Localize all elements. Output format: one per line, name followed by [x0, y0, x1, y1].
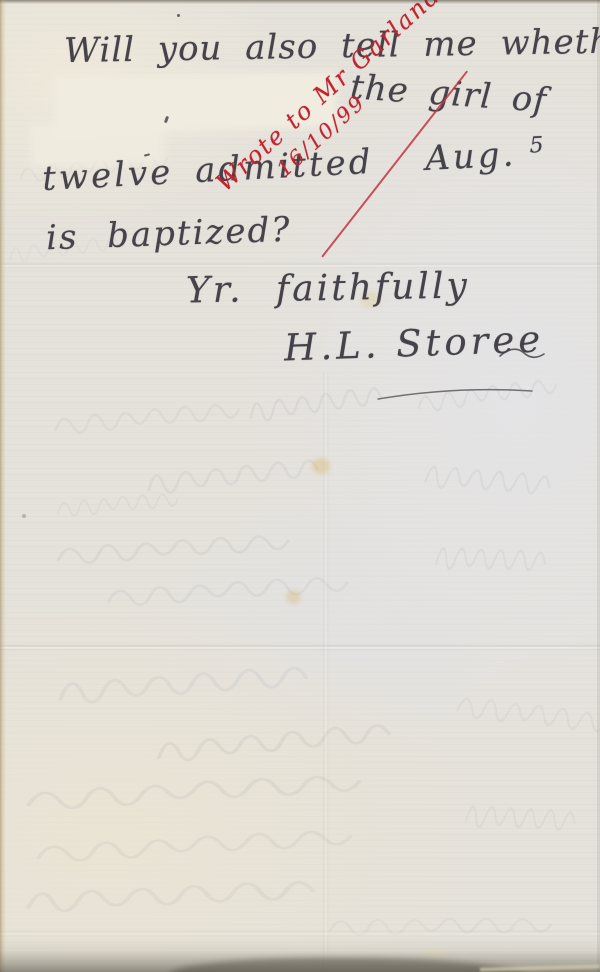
ink-speck: [177, 14, 180, 17]
paper-stain: [312, 458, 330, 474]
page-top-edge: [0, 0, 600, 4]
letter-line-4: is baptized?: [45, 210, 292, 259]
signature-flourish: [498, 340, 546, 366]
fold-crease-horizontal-2: [0, 644, 600, 651]
superscript-day: 5: [529, 133, 544, 159]
letter-scan-page: Will you also tell me whether the girl o…: [0, 0, 600, 972]
word-twelve: twelve: [41, 152, 174, 199]
ink-speck: [22, 514, 26, 518]
paper-stain: [286, 590, 301, 604]
signature-underline: [376, 382, 536, 404]
page-left-edge: [0, 0, 6, 972]
valediction: Yr. faithfully: [186, 266, 470, 312]
word-aug: Aug.: [424, 134, 517, 179]
